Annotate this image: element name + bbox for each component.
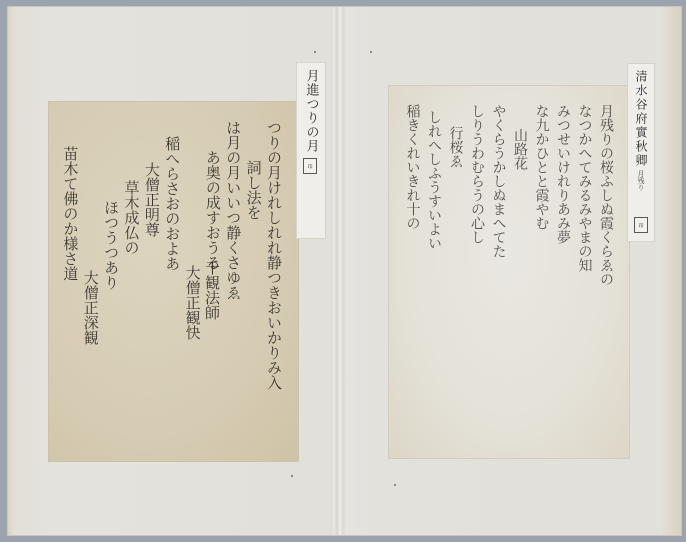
album-mount: つりの月けれしれれ静つきおいかりみ入 詞し法を は月の月いいつ静くさゆゑ あ奥の… (8, 7, 681, 535)
paper-speck (291, 475, 293, 477)
calligraphy-column: やくらうかしぬまへてた (489, 104, 508, 444)
calligraphy-column: 行桜ゑ (446, 126, 465, 444)
paper-speck (314, 51, 316, 53)
calligraphy-column: なつかへてみるみやまの知 (575, 104, 594, 444)
right-label-text: 清水谷府實秋卿 (635, 70, 647, 168)
left-calligraphy-sheet: つりの月けれしれれ静つきおいかりみ入 詞し法を は月の月いいつ静くさゆゑ あ奥の… (49, 102, 298, 461)
calligraphy-column: ほつうつあり (104, 200, 121, 447)
left-attribution-label: 月進つりの月 印 (297, 63, 325, 238)
calligraphy-column: は月の月いいつ静くさゆゑ (226, 120, 243, 447)
calligraphy-column: 大僧正観快 (185, 265, 202, 447)
album-center-fold (330, 7, 346, 535)
calligraphy-column: 草木成仏の (124, 180, 141, 447)
calligraphy-column: 千観法師 (202, 260, 222, 320)
calligraphy-column: 山路花 (511, 128, 530, 444)
seal-stamp-icon: 印 (303, 158, 317, 174)
paper-speck (394, 484, 396, 486)
calligraphy-column: しれへしふうすいよい (425, 110, 444, 444)
right-calligraphy-sheet: 月残りの桜ふしぬ霞くらゑの なつかへてみるみやまの知 みつせいけれりあみ夢 な九… (389, 86, 629, 458)
left-label-text: 月進つりの月 (305, 69, 318, 153)
calligraphy-column: 詞し法を (246, 160, 263, 447)
calligraphy-column: みつせいけれりあみ夢 (554, 104, 573, 444)
right-calligraphy-text: 月残りの桜ふしぬ霞くらゑの なつかへてみるみやまの知 みつせいけれりあみ夢 な九… (403, 104, 615, 444)
calligraphy-column: 稲へらさおのおよあ (165, 136, 182, 447)
calligraphy-column: 苗木て佛のか様さ道 (63, 146, 80, 447)
calligraphy-column: しりうわむらうの心し (468, 104, 487, 444)
right-attribution-label: 清水谷府實秋卿 月残り 印 (628, 64, 654, 241)
paper-speck (370, 51, 372, 53)
calligraphy-column: な九かひとと霞やむ (532, 104, 551, 444)
calligraphy-column: 大僧正明尊 (144, 162, 161, 447)
calligraphy-column: つりの月けれしれれ静つきおいかりみ入 (267, 120, 284, 447)
calligraphy-column: 大僧正深観 (83, 270, 100, 447)
seal-stamp-icon: 印 (634, 217, 648, 233)
photo-stage: つりの月けれしれれ静つきおいかりみ入 詞し法を は月の月いいつ静くさゆゑ あ奥の… (0, 0, 686, 542)
calligraphy-column: 稲きくれいきれ十の (403, 104, 422, 444)
right-label-subtext: 月残り (636, 170, 646, 191)
calligraphy-column: 月残りの桜ふしぬ霞くらゑの (597, 104, 616, 444)
left-calligraphy-text: つりの月けれしれれ静つきおいかりみ入 詞し法を は月の月いいつ静くさゆゑ あ奥の… (63, 120, 284, 447)
